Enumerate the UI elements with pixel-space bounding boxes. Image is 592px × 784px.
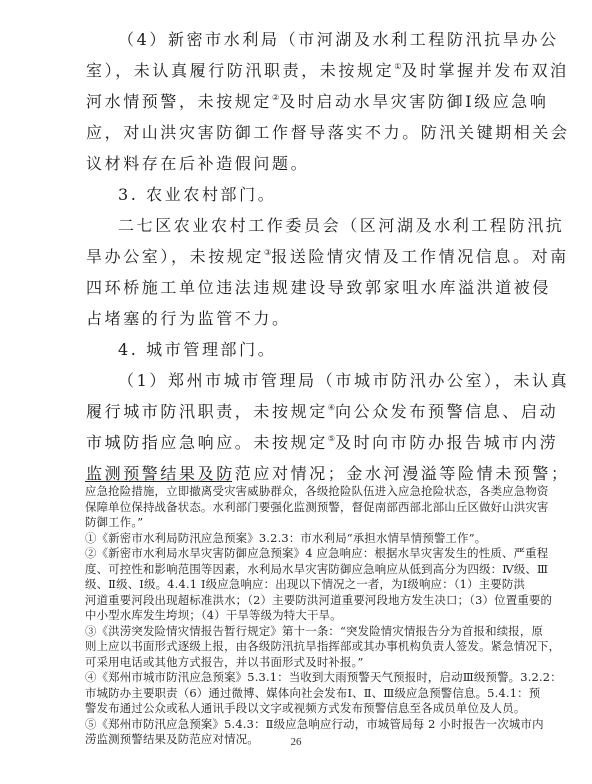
section-heading: 4. 城市管理部门。 — [86, 334, 506, 365]
body-line: 四环桥施工单位违法违规建设导致郭家咀水库溢洪道被侵 — [86, 272, 506, 303]
footnote-line: 中小型水库发生垮坝；（4）干旱等级为特大干旱。 — [85, 608, 510, 624]
body-line: 市城防指应急响应。未按规定⑤及时向市防办报告城市内涝 — [86, 427, 506, 458]
footnote-line: 市城防办主要职责（6）通过微博、媒体向社会发布Ⅰ、Ⅱ、Ⅲ级应急预警信息。5.4.… — [85, 686, 510, 702]
footnote-ref[interactable]: ④ — [328, 403, 335, 412]
footnote-5: ⑤《郑州市防汛应急预案》5.4.3：Ⅱ级应急响应行动，市城管局每 2 小时报告一… — [85, 717, 510, 733]
footnote-1: ①《新密市水利局防汛应急预案》3.2.3：市水利局“承担水情旱情预警工作”。 — [85, 531, 510, 547]
page-number: 26 — [0, 736, 592, 748]
body-line: 履行城市防汛职责，未按规定④向公众发布预警信息、启动 — [86, 396, 506, 427]
body-line: 室），未认真履行防汛职责，未按规定①及时掌握并发布双洎 — [86, 55, 506, 86]
footnote-line: 河道重要河段出现超标准洪水；（2）主要防洪河道重要河段地方发生决口；（3）位置重… — [85, 593, 510, 609]
footnote-line: 应急抢险措施，立即撤离受灾害威胁群众，各级抢险队伍进入应急抢险状态，各类应急物资 — [85, 484, 510, 500]
body-line: 旱办公室），未按规定③报送险情灾情及工作情况信息。对南 — [86, 241, 506, 272]
footnote-separator — [85, 481, 232, 482]
document-page: （4）新密市水利局（市河湖及水利工程防汛抗旱办公 室），未认真履行防汛职责，未按… — [0, 0, 592, 784]
body-line: 议材料存在后补造假问题。 — [86, 148, 506, 179]
footnote-line: 防御工作。” — [85, 515, 510, 531]
body-line: （4）新密市水利局（市河湖及水利工程防汛抗旱办公 — [86, 24, 506, 55]
footnote-3: ③《洪涝突发险情灾情报告暂行规定》第十一条：“突发险情灾情报告分为首报和续报，原 — [85, 624, 510, 640]
body-line: 应，对山洪灾害防御工作督导落实不力。防汛关键期相关会 — [86, 117, 506, 148]
body-line: （1）郑州市城市管理局（市城市防汛办公室），未认真 — [86, 365, 506, 396]
section-heading: 3. 农业农村部门。 — [86, 179, 506, 210]
footnote-line: 可采用电话或其他方式报告，并以书面形式及时补报。” — [85, 655, 510, 671]
footnote-line: 级、Ⅱ级、Ⅰ级。4.4.1 Ⅰ级应急响应：出现以下情况之一者，为Ⅰ级响应：（1）… — [85, 577, 510, 593]
footnote-2: ②《新密市水利局水旱灾害防御应急预案》4 应急响应：根据水旱灾害发生的性质、严重… — [85, 546, 510, 562]
footnote-line: 则上应以书面形式逐级上报，由各级防汛抗旱指挥部或其办事机构负责人签发。紧急情况下… — [85, 639, 510, 655]
body-line: 二七区农业农村工作委员会（区河湖及水利工程防汛抗 — [86, 210, 506, 241]
body-line: 占堵塞的行为监管不力。 — [86, 303, 506, 334]
footnote-line: 保障单位保持战备状态。水利部门要强化监测预警，督促南部西部北部山丘区做好山洪灾害 — [85, 500, 510, 516]
footnote-ref[interactable]: ⑤ — [328, 434, 335, 443]
body-line: 河水情预警，未按规定②及时启动水旱灾害防御Ⅰ级应急响 — [86, 86, 506, 117]
footnote-4: ④《郑州市城市防汛应急预案》5.3.1：当收到大雨预警天气预报时，启动Ⅲ级预警。… — [85, 670, 510, 686]
footnote-line: 警发布通过公众或私人通讯手段以文字或视频方式发布预警信息至各成员单位及人员。 — [85, 701, 510, 717]
footnote-line: 度、可控性和影响范围等因素，水利局水旱灾害防御应急响应从低到高分为四级：Ⅳ级、Ⅲ — [85, 562, 510, 578]
